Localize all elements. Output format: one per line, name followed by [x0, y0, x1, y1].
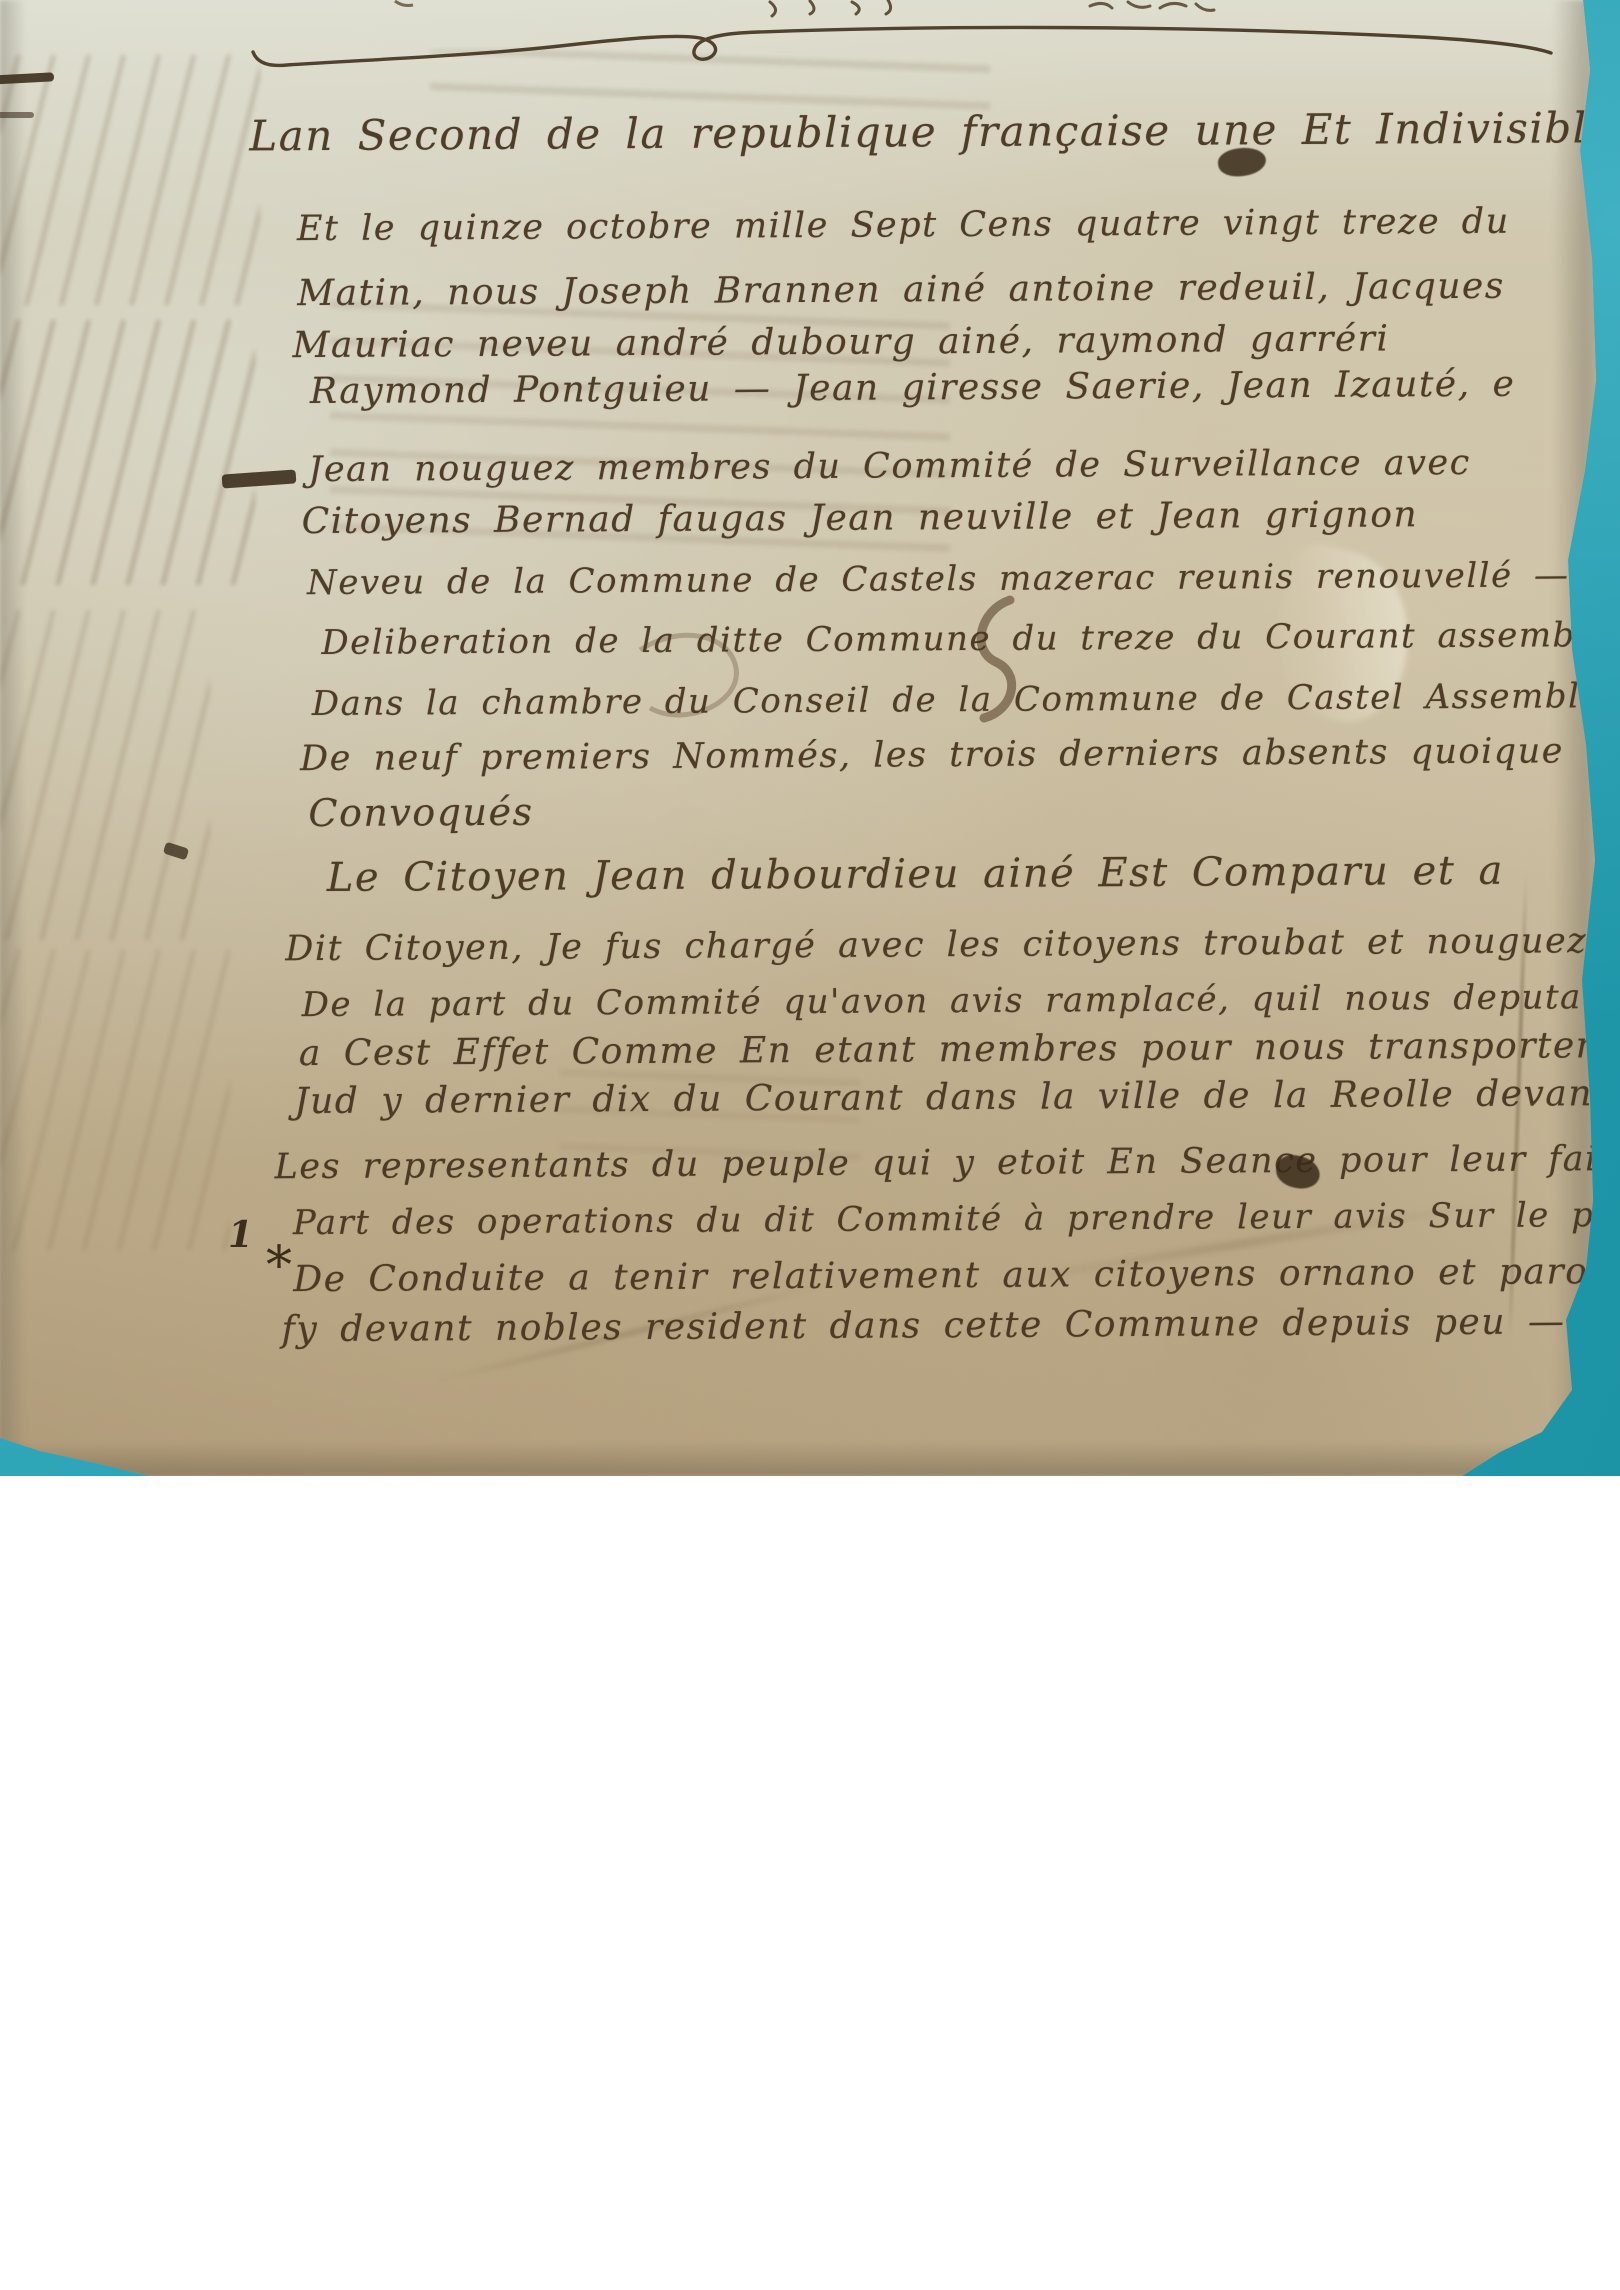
- manuscript-line: De Conduite a tenir relativement aux cit…: [293, 1251, 1610, 1300]
- scan-backdrop: Lan Second de la republique française un…: [0, 0, 1620, 1476]
- manuscript-line: Convoqués: [308, 790, 533, 835]
- manuscript-line: Citoyens Bernad faugas Jean neuville et …: [302, 494, 1419, 542]
- manuscript-line: Jean nouguez membres du Commité de Surve…: [308, 443, 1471, 490]
- manuscript-line: Part des operations du dit Commité à pre…: [293, 1195, 1620, 1243]
- page-margin-whitespace: [0, 1476, 1620, 2290]
- manuscript-line: Lan Second de la republique française un…: [249, 103, 1614, 160]
- manuscript-line: De la part du Commité qu'avon avis rampl…: [302, 977, 1582, 1025]
- manuscript-page: Lan Second de la republique française un…: [0, 0, 1620, 1476]
- margin-figure: 1: [228, 1214, 253, 1256]
- manuscript-line: Dit Citoyen, Je fus chargé avec les cito…: [285, 921, 1587, 969]
- manuscript-text: Lan Second de la republique française un…: [0, 0, 1620, 1481]
- manuscript-line: Neveu de la Commune de Castels mazerac r…: [307, 555, 1570, 603]
- manuscript-line: Dans la chambre du Conseil de la Commune…: [312, 676, 1620, 724]
- manuscript-line: Deliberation de la ditte Commune du trez…: [321, 615, 1620, 663]
- manuscript-line: Raymond Pontguieu — Jean giresse Saerie,…: [310, 364, 1516, 412]
- margin-dash: [0, 112, 34, 118]
- manuscript-line: Mauriac neveu andré dubourg ainé, raymon…: [292, 318, 1389, 366]
- manuscript-line: Jud y dernier dix du Courant dans la vil…: [294, 1073, 1609, 1122]
- screenshot-canvas: Lan Second de la republique française un…: [0, 0, 1620, 2290]
- manuscript-line: De neuf premiers Nommés, les trois derni…: [300, 731, 1620, 779]
- manuscript-line: a Cest Effet Comme En etant membres pour…: [299, 1025, 1595, 1074]
- margin-asterisk: *: [266, 1236, 292, 1296]
- manuscript-line: Le Citoyen Jean dubourdieu ainé Est Comp…: [327, 848, 1504, 901]
- manuscript-line: fy devant nobles resident dans cette Com…: [281, 1301, 1565, 1350]
- manuscript-line: Les representants du peuple qui y etoit …: [274, 1139, 1620, 1187]
- manuscript-line: Et le quinze octobre mille Sept Cens qua…: [297, 202, 1510, 249]
- manuscript-line: Matin, nous Joseph Brannen ainé antoine …: [297, 266, 1505, 314]
